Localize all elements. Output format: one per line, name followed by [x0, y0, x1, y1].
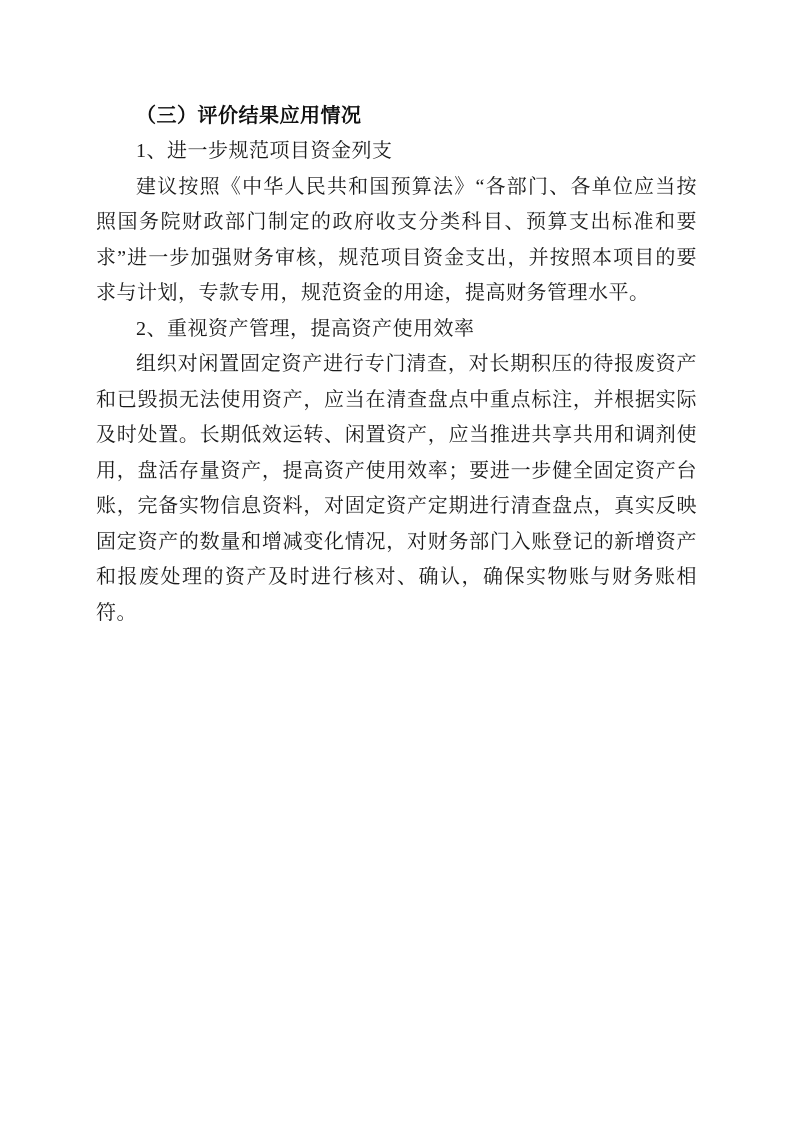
- body-paragraph-1: 建议按照《中华人民共和国预算法》“各部门、各单位应当按照国务院财政部门制定的政府…: [96, 170, 697, 312]
- body-paragraph-2: 组织对闲置固定资产进行专门清查，对长期积压的待报废资产和已毁损无法使用资产，应当…: [96, 347, 697, 631]
- section-heading: （三）评价结果应用情况: [96, 99, 697, 134]
- document-page: （三）评价结果应用情况 1、进一步规范项目资金列支 建议按照《中华人民共和国预算…: [0, 0, 793, 1122]
- numbered-subheading-2: 2、重视资产管理，提高资产使用效率: [96, 312, 697, 348]
- numbered-subheading-1: 1、进一步规范项目资金列支: [96, 134, 697, 170]
- document-content: （三）评价结果应用情况 1、进一步规范项目资金列支 建议按照《中华人民共和国预算…: [96, 99, 697, 631]
